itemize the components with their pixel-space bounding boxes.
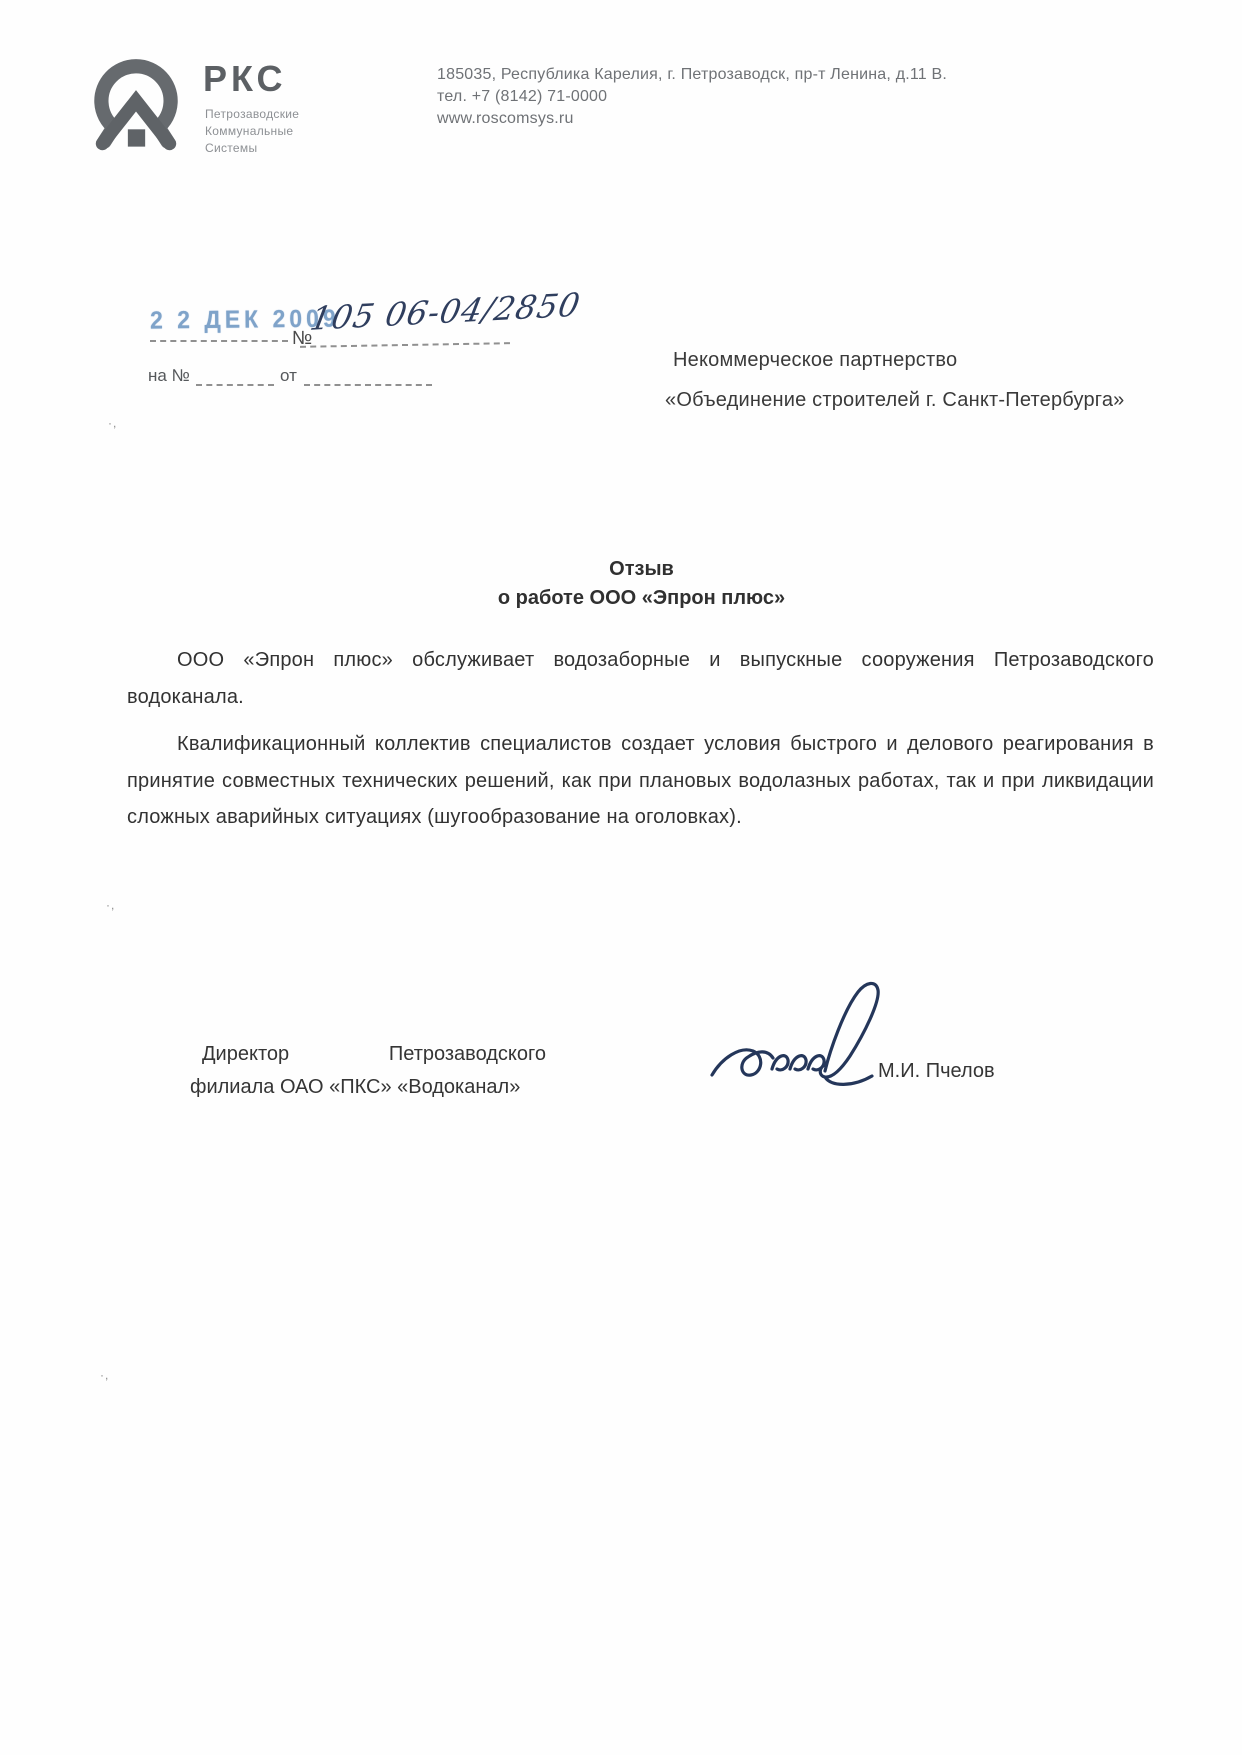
scan-artifact-mark: ·, — [108, 416, 117, 430]
scan-artifact-mark: ·, — [106, 898, 115, 912]
scan-artifact-mark: ·, — [100, 1368, 109, 1382]
signer-position-line: филиала ОАО «ПКС» «Водоканал» — [190, 1071, 552, 1104]
letter-body: ООО «Эпрон плюс» обслуживает водозаборны… — [127, 642, 1154, 847]
recipient-line: Некоммерческое партнерство — [665, 340, 1185, 380]
tagline-line: Коммунальные — [205, 123, 299, 140]
recipient-line: «Объединение строителей г. Санкт-Петербу… — [665, 380, 1185, 420]
letterhead-contact-block: 185035, Республика Карелия, г. Петрозаво… — [437, 64, 947, 130]
company-abbreviation: РКС — [203, 58, 287, 100]
handwritten-outgoing-number: 105 06-04/2850 — [307, 285, 584, 338]
signer-position-line: Директор Петрозаводского — [190, 1038, 552, 1071]
signer-position-block: Директор Петрозаводского филиала ОАО «ПК… — [190, 1038, 552, 1104]
tagline-line: Системы — [205, 140, 299, 157]
reply-date-blank — [304, 384, 432, 386]
reply-to-label: на № — [148, 366, 190, 386]
phone-line: тел. +7 (8142) 71-0000 — [437, 86, 947, 108]
address-line: 185035, Республика Карелия, г. Петрозаво… — [437, 64, 947, 86]
scanned-letter-page: РКС Петрозаводские Коммунальные Системы … — [0, 0, 1242, 1755]
stamp-underline — [150, 340, 288, 342]
company-tagline: Петрозаводские Коммунальные Системы — [205, 106, 299, 157]
rks-house-in-ring-icon — [80, 54, 192, 173]
title-line: Отзыв — [128, 555, 1155, 584]
tagline-line: Петрозаводские — [205, 106, 299, 123]
handwritten-signature — [706, 978, 941, 1111]
title-line: о работе ООО «Эпрон плюс» — [128, 584, 1155, 613]
signer-position-word: Петрозаводского — [389, 1038, 546, 1071]
recipient-block: Некоммерческое партнерство «Объединение … — [665, 340, 1185, 420]
reply-from-label: от — [280, 366, 297, 386]
document-title: Отзыв о работе ООО «Эпрон плюс» — [128, 555, 1155, 613]
website-line: www.roscomsys.ru — [437, 108, 947, 130]
reply-number-blank — [196, 384, 274, 386]
body-paragraph: Квалификационный коллектив специалистов … — [127, 726, 1154, 836]
number-underline — [300, 342, 510, 348]
signer-name: М.И. Пчелов — [878, 1060, 995, 1083]
body-paragraph: ООО «Эпрон плюс» обслуживает водозаборны… — [127, 642, 1154, 715]
signer-position-word: Директор — [202, 1038, 289, 1071]
